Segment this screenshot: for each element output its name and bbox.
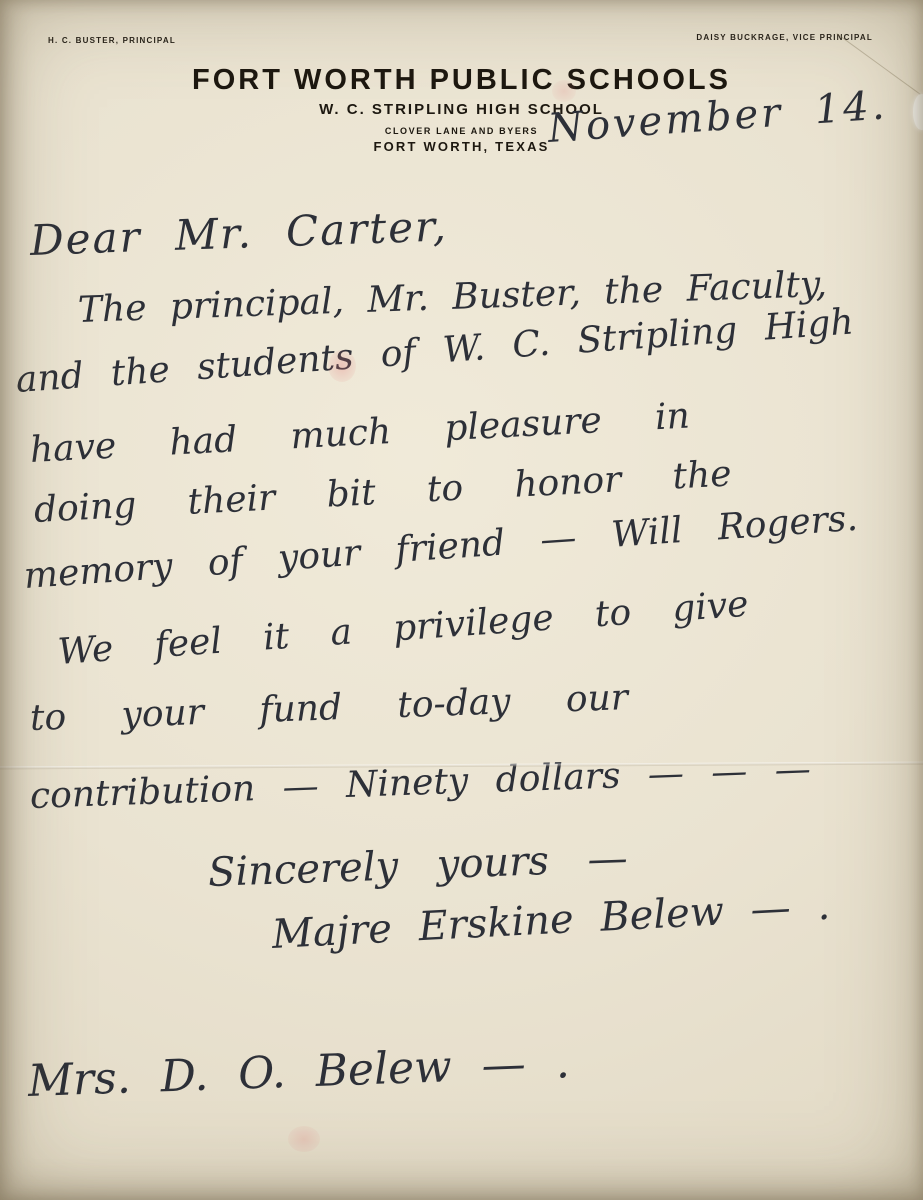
paper-stain (288, 1126, 320, 1152)
scanned-letter-page: H. C. BUSTER, PRINCIPAL DAISY BUCKRAGE, … (0, 0, 923, 1200)
signature-line: Majre Erskine Belew — . (271, 883, 831, 958)
handwritten-line: to your fund to-day our (29, 677, 628, 739)
secondary-signature: Mrs. D. O. Belew — . (27, 1037, 570, 1107)
salutation-line: Dear Mr. Carter, (29, 201, 448, 265)
handwritten-line: We feel it a privilege to give (57, 584, 750, 673)
school-city: FORT WORTH, TEXAS (0, 139, 923, 154)
scan-edge-vignette (0, 0, 923, 1200)
handwritten-line: have had much pleasure in (29, 395, 691, 471)
closing-line: Sincerely yours — (207, 835, 628, 896)
torn-edge-notch (913, 94, 923, 130)
handwritten-line: contribution — Ninety dollars — — — (29, 749, 811, 817)
letterhead-principal: H. C. BUSTER, PRINCIPAL (48, 36, 176, 45)
